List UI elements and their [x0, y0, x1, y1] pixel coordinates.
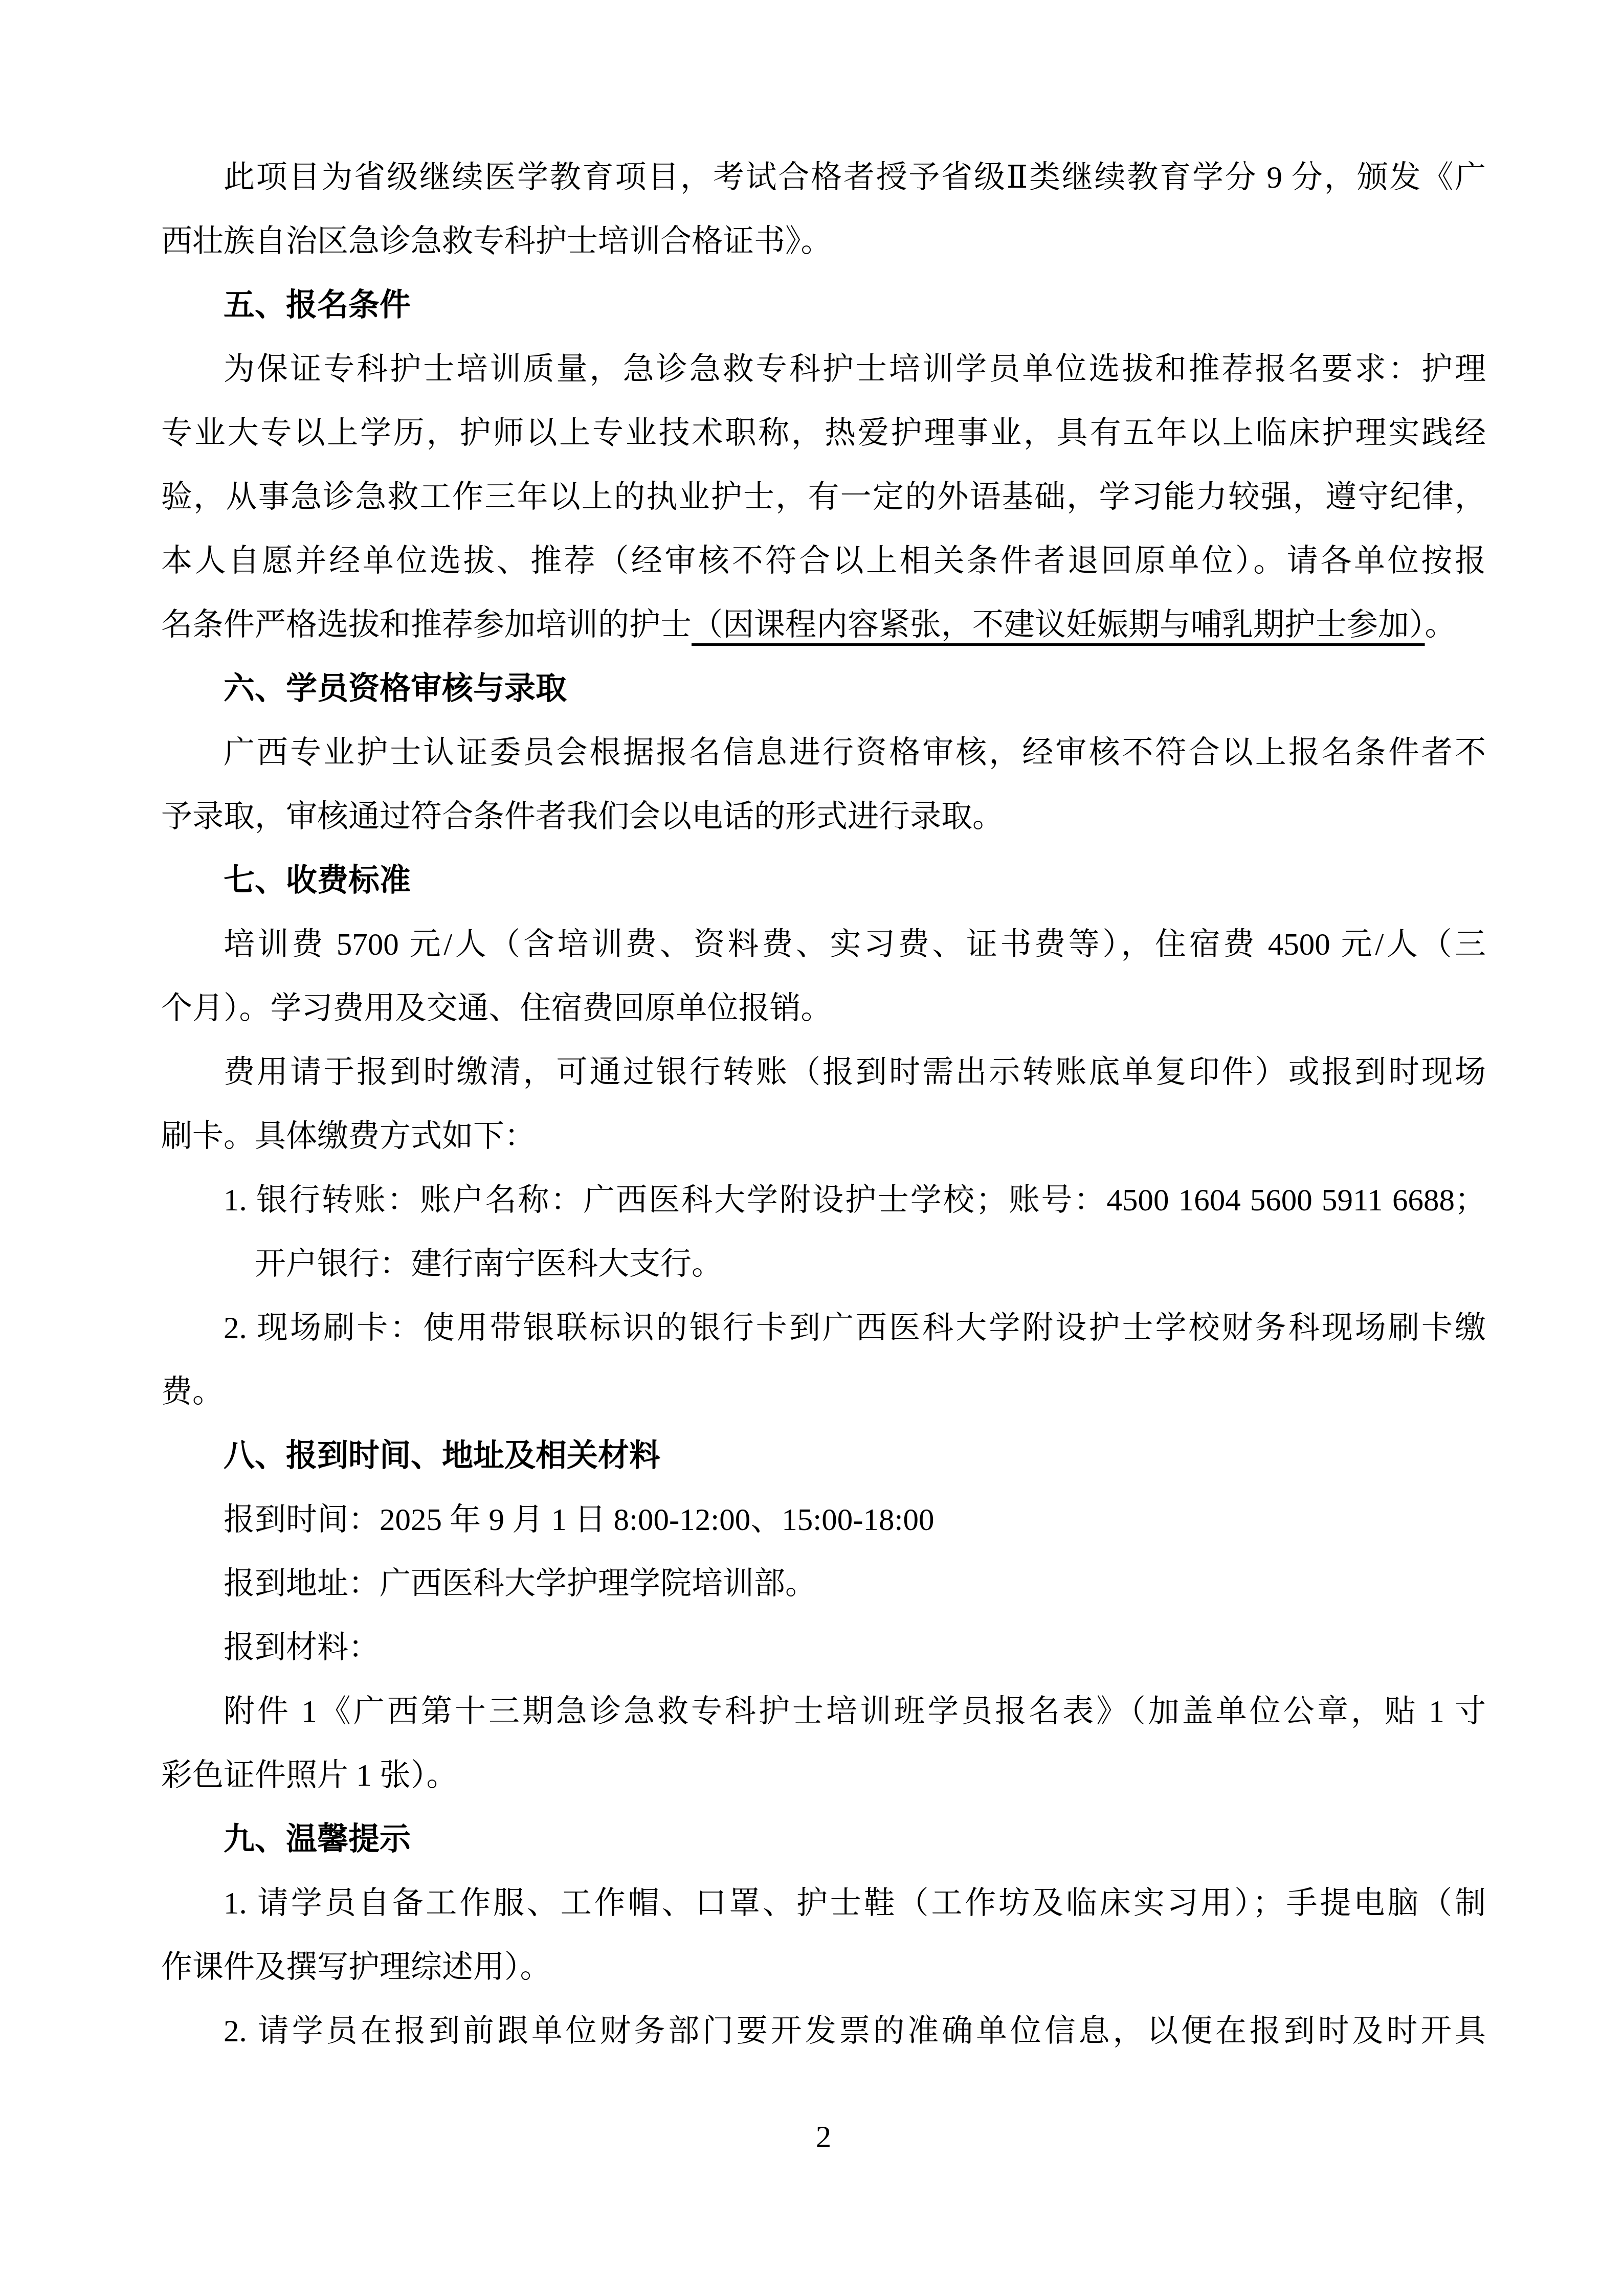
document-page: 此项目为省级继续医学教育项目，考试合格者授予省级Ⅱ类继续教育学分 9 分，颁发《… [0, 0, 1624, 2296]
paragraph-line: 予录取，审核通过符合条件者我们会以电话的形式进行录取。 [161, 785, 1486, 849]
paragraph-line: 附件 1《广西第十三期急诊急救专科护士培训班学员报名表》（加盖单位公章，贴 1 … [161, 1680, 1486, 1744]
paragraph-line: 西壮族自治区急诊急救专科护士培训合格证书》。 [161, 210, 1486, 274]
paragraph-line: 专业大专以上学历，护师以上专业技术职称，热爱护理事业，具有五年以上临床护理实践经 [161, 401, 1486, 465]
registration-time-line: 报到时间：2025 年 9 月 1 日 8:00-12:00、15:00-18:… [161, 1488, 1486, 1552]
notice-prefix: 名条件严格选拔和推荐参加培训的护士 [161, 608, 692, 642]
list-item-tip-1: 1. 请学员自备工作服、工作帽、口罩、护士鞋（工作坊及临床实习用）；手提电脑（制 [161, 1872, 1486, 1935]
registration-address-line: 报到地址：广西医科大学护理学院培训部。 [161, 1552, 1486, 1616]
paragraph-line: 本人自愿并经单位选拔、推荐（经审核不符合以上相关条件者退回原单位）。请各单位按报 [161, 529, 1486, 593]
paragraph-line: 为保证专科护士培训质量，急诊急救专科护士培训学员单位选拔和推荐报名要求：护理 [161, 337, 1486, 401]
list-item-tip-1-continuation: 作课件及撰写护理综述用）。 [161, 1935, 1486, 1999]
paragraph-line: 广西专业护士认证委员会根据报名信息进行资格审核，经审核不符合以上报名条件者不 [161, 721, 1486, 785]
paragraph-line: 培训费 5700 元/人（含培训费、资料费、实习费、证书费等），住宿费 4500… [161, 913, 1486, 977]
paragraph-line: 费用请于报到时缴清，可通过银行转账（报到时需出示转账底单复印件）或报到时现场 [161, 1041, 1486, 1105]
paragraph-line: 彩色证件照片 1 张）。 [161, 1744, 1486, 1808]
section-8-heading: 八、报到时间、地址及相关材料 [161, 1424, 1486, 1488]
paragraph-line: 此项目为省级继续医学教育项目，考试合格者授予省级Ⅱ类继续教育学分 9 分，颁发《… [161, 146, 1486, 210]
list-item-bank-transfer: 1. 银行转账：账户名称：广西医科大学附设护士学校；账号：4500 1604 5… [161, 1168, 1486, 1232]
list-item-tip-2: 2. 请学员在报到前跟单位财务部门要开发票的准确单位信息，以便在报到时及时开具 [161, 1999, 1486, 2063]
registration-materials-line: 报到材料： [161, 1616, 1486, 1680]
section-9-heading: 九、温馨提示 [161, 1808, 1486, 1872]
list-item-bank-transfer-continuation: 开户银行：建行南宁医科大支行。 [161, 1232, 1486, 1296]
paragraph-line: 刷卡。具体缴费方式如下： [161, 1105, 1486, 1168]
section-7-heading: 七、收费标准 [161, 849, 1486, 913]
paragraph-line: 名条件严格选拔和推荐参加培训的护士（因课程内容紧张，不建议妊娠期与哺乳期护士参加… [161, 593, 1486, 657]
notice-suffix: 。 [1425, 608, 1456, 642]
list-item-card-payment-continuation: 费。 [161, 1360, 1486, 1424]
paragraph-line: 个月）。学习费用及交通、住宿费回原单位报销。 [161, 977, 1486, 1041]
section-6-heading: 六、学员资格审核与录取 [161, 657, 1486, 721]
underlined-notice: （因课程内容紧张，不建议妊娠期与哺乳期护士参加） [692, 608, 1425, 642]
paragraph-line: 验，从事急诊急救工作三年以上的执业护士，有一定的外语基础，学习能力较强，遵守纪律… [161, 465, 1486, 529]
section-5-heading: 五、报名条件 [161, 274, 1486, 337]
page-number: 2 [161, 2105, 1486, 2169]
list-item-card-payment: 2. 现场刷卡：使用带银联标识的银行卡到广西医科大学附设护士学校财务科现场刷卡缴 [161, 1296, 1486, 1360]
